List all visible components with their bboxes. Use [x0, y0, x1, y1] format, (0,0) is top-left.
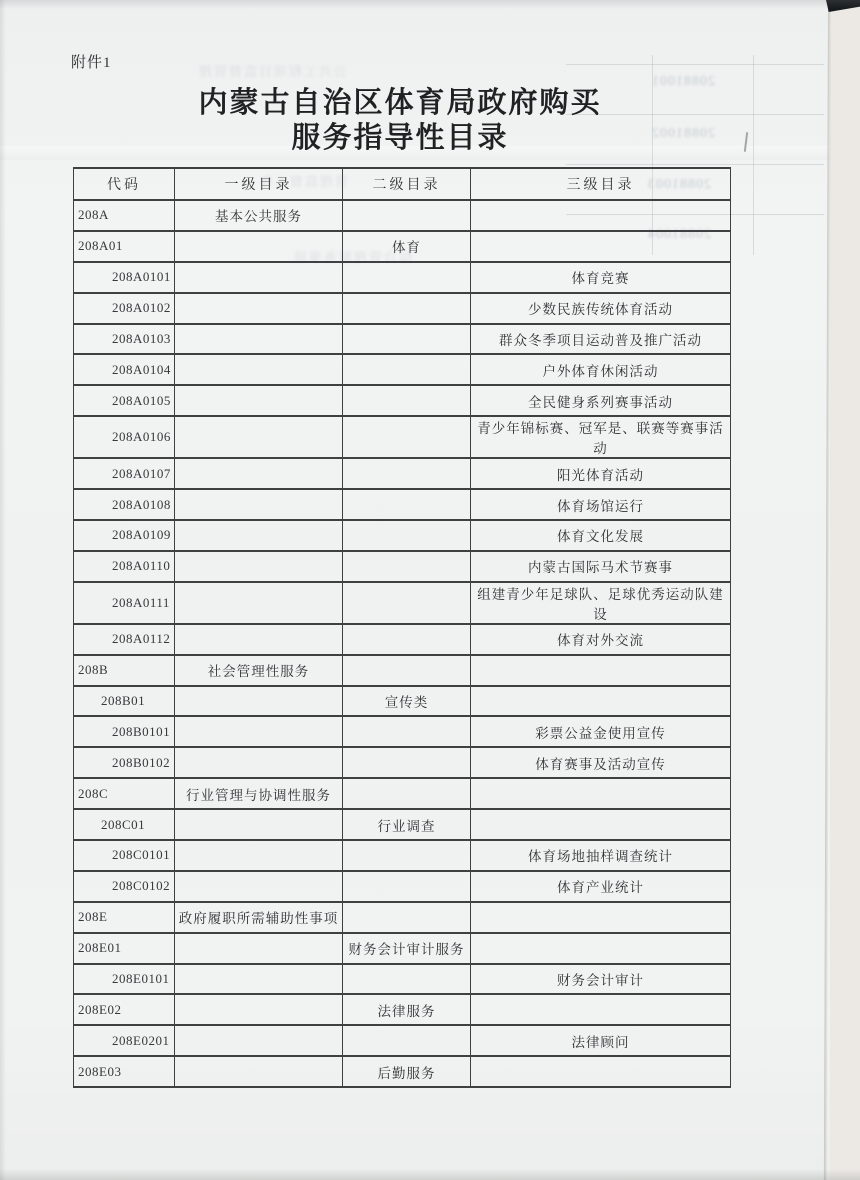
code-cell: 208A0107 [74, 458, 175, 489]
level2-cell [343, 385, 471, 416]
level1-cell [175, 809, 343, 840]
level2-cell [343, 293, 471, 324]
level1-cell [175, 624, 343, 655]
table-row: 208A0107阳光体育活动 [74, 458, 731, 489]
table-row: 208E0101财务会计审计 [74, 964, 731, 995]
level1-cell [175, 324, 343, 355]
level3-cell: 法律顾问 [471, 1025, 731, 1056]
level3-cell [471, 994, 731, 1025]
level2-cell [343, 840, 471, 871]
level1-cell [175, 994, 343, 1025]
level1-cell: 政府履职所需辅助性事项 [175, 902, 343, 933]
table-row: 208E03后勤服务 [74, 1056, 731, 1087]
level1-cell [175, 293, 343, 324]
level3-cell [471, 809, 731, 840]
level1-cell [175, 489, 343, 520]
catalog-table: 代码 一级目录 二级目录 三级目录 208A基本公共服务208A01体育208A… [73, 167, 731, 1088]
level3-cell [471, 1056, 731, 1087]
level2-cell: 法律服务 [343, 994, 471, 1025]
level2-cell: 宣传类 [343, 686, 471, 717]
table-row: 208A0111组建青少年足球队、足球优秀运动队建设 [74, 582, 731, 624]
code-cell: 208B [74, 655, 175, 686]
table-row: 208B01宣传类 [74, 686, 731, 717]
level3-cell [471, 778, 731, 809]
level2-cell [343, 416, 471, 458]
code-cell: 208E0201 [74, 1025, 175, 1056]
table-row: 208A基本公共服务 [74, 200, 731, 231]
level2-cell [343, 200, 471, 231]
level2-cell: 财务会计审计服务 [343, 933, 471, 964]
table-row: 208B社会管理性服务 [74, 655, 731, 686]
level3-cell: 体育对外交流 [471, 624, 731, 655]
ghost-grid-line [566, 64, 824, 65]
table-row: 208C0101体育场地抽样调查统计 [74, 840, 731, 871]
ghost-grid-line [566, 164, 824, 165]
table-row: 208E01财务会计审计服务 [74, 933, 731, 964]
level2-cell [343, 902, 471, 933]
code-cell: 208A0109 [74, 520, 175, 551]
table-row: 208A0110内蒙古国际马术节赛事 [74, 551, 731, 582]
code-cell: 208A0106 [74, 416, 175, 458]
level3-cell: 内蒙古国际马术节赛事 [471, 551, 731, 582]
level3-cell: 体育产业统计 [471, 871, 731, 902]
level3-cell: 体育赛事及活动宣传 [471, 747, 731, 778]
level2-cell [343, 624, 471, 655]
level1-cell [175, 354, 343, 385]
level3-cell: 体育竞赛 [471, 262, 731, 293]
table-row: 208A0102少数民族传统体育活动 [74, 293, 731, 324]
table-row: 208A0108体育场馆运行 [74, 489, 731, 520]
level1-cell [175, 1056, 343, 1087]
level1-cell [175, 385, 343, 416]
bleed-through-text: 公共工程项目监督管理 [137, 61, 347, 80]
level1-cell [175, 964, 343, 995]
table-row: 208A0101体育竞赛 [74, 262, 731, 293]
code-cell: 208E [74, 902, 175, 933]
level1-cell [175, 551, 343, 582]
attachment-label: 附件1 [71, 51, 112, 72]
table-row: 208A0103群众冬季项目运动普及推广活动 [74, 324, 731, 355]
level3-cell: 户外体育休闲活动 [471, 354, 731, 385]
code-cell: 208A0104 [74, 354, 175, 385]
code-cell: 208B0102 [74, 747, 175, 778]
bottom-edge-shade [0, 1169, 860, 1180]
level2-cell [343, 354, 471, 385]
code-cell: 208A0110 [74, 551, 175, 582]
level3-cell: 组建青少年足球队、足球优秀运动队建设 [471, 582, 731, 624]
scanner-background-strip [830, 0, 860, 1180]
code-cell: 208C0102 [74, 871, 175, 902]
level2-cell [343, 582, 471, 624]
level2-cell [343, 964, 471, 995]
code-cell: 208A0111 [74, 582, 175, 624]
code-cell: 208E0101 [74, 964, 175, 995]
level3-cell: 全民健身系列赛事活动 [471, 385, 731, 416]
level3-cell [471, 655, 731, 686]
code-cell: 208A0105 [74, 385, 175, 416]
level2-cell: 体育 [343, 231, 471, 262]
level2-cell [343, 262, 471, 293]
level1-cell [175, 458, 343, 489]
level2-cell [343, 747, 471, 778]
level2-cell [343, 458, 471, 489]
table-row: 208A0109体育文化发展 [74, 520, 731, 551]
header-level2: 二级目录 [343, 168, 471, 200]
level2-cell: 后勤服务 [343, 1056, 471, 1087]
level2-cell [343, 655, 471, 686]
header-code: 代码 [74, 168, 175, 200]
top-edge-shade [0, 0, 860, 9]
level3-cell: 少数民族传统体育活动 [471, 293, 731, 324]
table-row: 208A0104户外体育休闲活动 [74, 354, 731, 385]
code-cell: 208C0101 [74, 840, 175, 871]
level3-cell: 体育文化发展 [471, 520, 731, 551]
level3-cell [471, 686, 731, 717]
level3-cell: 体育场地抽样调查统计 [471, 840, 731, 871]
level1-cell [175, 520, 343, 551]
level1-cell: 基本公共服务 [175, 200, 343, 231]
document-title: 内蒙古自治区体育局政府购买 服务指导性目录 [70, 86, 730, 156]
level3-cell [471, 902, 731, 933]
level3-cell: 群众冬季项目运动普及推广活动 [471, 324, 731, 355]
level3-cell: 体育场馆运行 [471, 489, 731, 520]
title-line-1: 内蒙古自治区体育局政府购买 [70, 86, 730, 121]
table-row: 208C01行业调查 [74, 809, 731, 840]
level1-cell [175, 262, 343, 293]
level1-cell [175, 747, 343, 778]
level2-cell: 行业调查 [343, 809, 471, 840]
code-cell: 208A01 [74, 231, 175, 262]
code-cell: 208A0103 [74, 324, 175, 355]
level3-cell [471, 933, 731, 964]
level2-cell [343, 489, 471, 520]
table-row: 208E02法律服务 [74, 994, 731, 1025]
level1-cell: 社会管理性服务 [175, 655, 343, 686]
title-line-2: 服务指导性目录 [70, 121, 730, 156]
level2-cell [343, 716, 471, 747]
table-row: 208E0201法律顾问 [74, 1025, 731, 1056]
level2-cell [343, 778, 471, 809]
code-cell: 208E01 [74, 933, 175, 964]
level2-cell [343, 551, 471, 582]
ghost-grid-line [753, 55, 754, 255]
code-cell: 208B01 [74, 686, 175, 717]
level3-cell: 青少年锦标赛、冠军是、联赛等赛事活动 [471, 416, 731, 458]
level2-cell [343, 871, 471, 902]
code-cell: 208E02 [74, 994, 175, 1025]
code-cell: 208C [74, 778, 175, 809]
level3-cell: 财务会计审计 [471, 964, 731, 995]
table-row: 208A0105全民健身系列赛事活动 [74, 385, 731, 416]
table-row: 208B0102体育赛事及活动宣传 [74, 747, 731, 778]
level1-cell [175, 686, 343, 717]
left-edge-shade [0, 0, 6, 1180]
header-level3: 三级目录 [471, 168, 731, 200]
level3-cell [471, 200, 731, 231]
table-row: 208A0112体育对外交流 [74, 624, 731, 655]
scanned-paper: 20881001 20881002 20881003 20881004 公共工程… [0, 0, 830, 1180]
level1-cell [175, 1025, 343, 1056]
table-row: 208C行业管理与协调性服务 [74, 778, 731, 809]
code-cell: 208A0108 [74, 489, 175, 520]
level3-cell: 阳光体育活动 [471, 458, 731, 489]
level2-cell [343, 1025, 471, 1056]
code-cell: 208C01 [74, 809, 175, 840]
level2-cell [343, 520, 471, 551]
table-row: 208A01体育 [74, 231, 731, 262]
code-cell: 208A0102 [74, 293, 175, 324]
code-cell: 208E03 [74, 1056, 175, 1087]
level1-cell [175, 871, 343, 902]
table-row: 208E政府履职所需辅助性事项 [74, 902, 731, 933]
table-row: 208A0106青少年锦标赛、冠军是、联赛等赛事活动 [74, 416, 731, 458]
code-cell: 208A [74, 200, 175, 231]
level3-cell [471, 231, 731, 262]
level1-cell [175, 231, 343, 262]
code-cell: 208B0101 [74, 716, 175, 747]
level1-cell [175, 840, 343, 871]
code-cell: 208A0101 [74, 262, 175, 293]
table-row: 208C0102体育产业统计 [74, 871, 731, 902]
code-cell: 208A0112 [74, 624, 175, 655]
level1-cell [175, 933, 343, 964]
header-level1: 一级目录 [175, 168, 343, 200]
level3-cell: 彩票公益金使用宣传 [471, 716, 731, 747]
table-header-row: 代码 一级目录 二级目录 三级目录 [74, 168, 731, 200]
level1-cell: 行业管理与协调性服务 [175, 778, 343, 809]
catalog-table-body: 208A基本公共服务208A01体育208A0101体育竞赛208A0102少数… [74, 200, 731, 1087]
level1-cell [175, 716, 343, 747]
table-row: 208B0101彩票公益金使用宣传 [74, 716, 731, 747]
level2-cell [343, 324, 471, 355]
level1-cell [175, 582, 343, 624]
level1-cell [175, 416, 343, 458]
